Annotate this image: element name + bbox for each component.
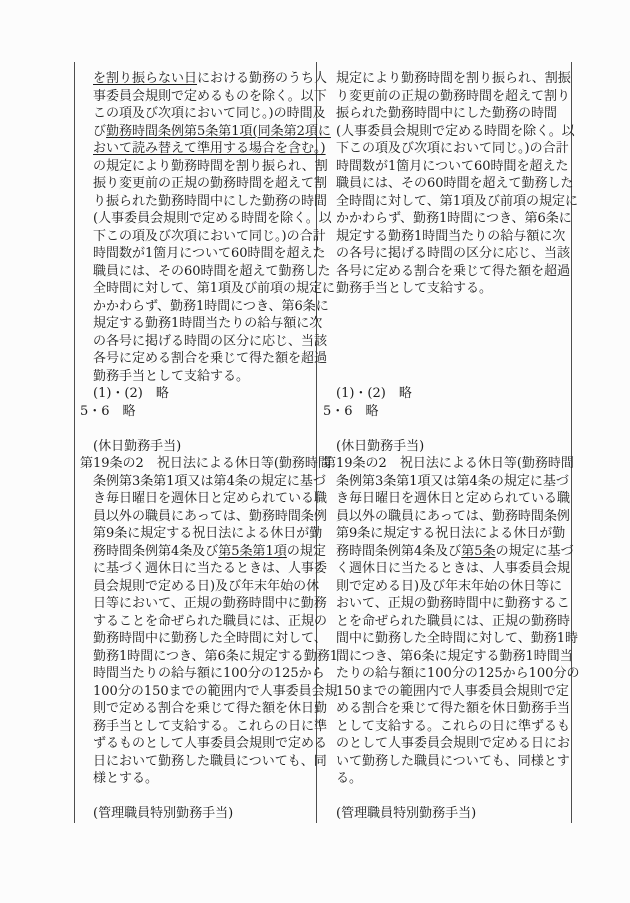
amended-line-15: 規定する勤務1時間当たりの給与額に次 [80,315,315,333]
body-text: の各号に掲げる時間の区分に応じ、当該 [93,334,327,349]
body-text: の各号に掲げる時間の区分に応じ、当該 [336,246,570,261]
body-text: たりの給与額に100分の125から100分の [336,666,579,681]
amended-line-19: (1)・(2) 略 [80,385,315,403]
body-text: 全時間に対して、第1項及び前項の規定に [336,194,578,209]
current-line-37: める割合を乗じて得た額を休日勤務手当 [323,700,568,718]
current-line-41: る。 [323,770,568,788]
body-text: める割合を乗じて得た額を休日勤務手当 [336,701,570,716]
body-text: 振り変更前の正規の勤務時間を超えて割 [93,176,327,191]
body-text: 務時間条例第4条及び [336,544,461,559]
amended-line-43: (管理職員特別勤務手当) [80,805,315,823]
body-text: 時間数が1箇月について60時間を超えた [93,246,326,261]
body-text: 職員には、その60時間を超えて勤務した [336,176,574,191]
current-line-14 [323,298,568,316]
body-text: 時間数が1箇月について60時間を超えた [336,159,569,174]
current-line-15 [323,315,568,333]
amended-line-21 [80,420,315,438]
current-line-36: 150までの範囲内で人事委員会規則で定 [323,683,568,701]
current-line-13: 勤務手当として支給する。 [323,280,568,298]
current-line-38: として支給する。これらの日に準ずるも [323,718,568,736]
body-text: 員以外の職員にあっては、勤務時間条例 [93,509,327,524]
underlined-revision-text: を割り振らない日 [93,71,197,86]
amended-line-35: 時間当たりの給与額に100分の125から [80,665,315,683]
body-text: (休日勤務手当) [336,439,424,454]
amended-line-23: 第19条の2 祝日法による休日等(勤務時間 [80,455,315,473]
body-text: ずるものとして人事委員会規則で定める [93,736,327,751]
table-rule-left [74,62,75,823]
amended-line-34: 勤務1時間につき、第6条に規定する勤務1 [80,648,315,666]
amended-line-3: この項及び次項において同じ。)の時間及 [80,105,315,123]
amended-line-33: 勤務時間中に勤務した全時間に対して、 [80,630,315,648]
body-text: 規定により勤務時間を割り振られ、割振 [336,71,571,86]
current-line-7: 職員には、その60時間を超えて勤務した [323,175,568,193]
amended-line-25: き毎日曜日を週休日と定められている職 [80,490,315,508]
body-text: (1)・(2) 略 [336,386,412,401]
current-line-25: き毎日曜日を週休日と定められている職 [323,490,568,508]
current-text-column: 規定により勤務時間を割り振られ、割振り変更前の正規の勤務時間を超えて割り振られた… [323,70,568,823]
body-text: き毎日曜日を週休日と定められている職 [93,491,327,506]
amended-line-36: 100分の150までの範囲内で人事委員会規 [80,683,315,701]
body-text: この項及び次項において同じ。)の時間及 [93,106,326,121]
amended-line-28: 務時間条例第4条及び第5条第1項の規定 [80,543,315,561]
body-text: かかわらず、勤務1時間につき、第6条に [93,299,329,314]
body-text: 勤務時間中に勤務した全時間に対して、 [93,631,327,646]
body-text: 員以外の職員にあっては、勤務時間条例 [336,509,570,524]
body-text: の規定により勤務時間を割り振られ、割 [93,159,328,174]
amended-line-41: 様とする。 [80,770,315,788]
current-line-43: (管理職員特別勤務手当) [323,805,568,823]
body-text: することを命ぜられた職員には、正規の [93,614,327,629]
body-text: とを命ぜられた職員には、正規の勤務時 [336,614,570,629]
body-text: 様とする。 [93,771,158,786]
current-line-39: のとして人事委員会規則で定める日にお [323,735,568,753]
current-line-1: 規定により勤務時間を割り振られ、割振 [323,70,568,88]
amended-line-29: に基づく週休日に当たるときは、人事委 [80,560,315,578]
amended-line-6: の規定により勤務時間を割り振られ、割 [80,158,315,176]
current-line-35: たりの給与額に100分の125から100分の [323,665,568,683]
amended-line-30: 員会規則で定める日)及び年末年始の休 [80,578,315,596]
current-line-30: 則で定める日)及び年末年始の休日等に [323,578,568,596]
current-line-22: (休日勤務手当) [323,438,568,456]
body-text: いて勤務した職員についても、同様とす [336,754,570,769]
body-text: (人事委員会規則で定める時間を除く。以 [93,211,332,226]
body-text: 5・6 略 [80,404,136,419]
body-text: 振られた勤務時間中にした勤務の時間 [336,106,557,121]
current-line-10: 規定する勤務1時間当たりの給与額に次 [323,228,568,246]
body-text: 下この項及び次項において同じ。)の合計 [93,229,326,244]
amended-line-42 [80,788,315,806]
current-line-2: り変更前の正規の勤務時間を超えて割り [323,88,568,106]
body-text: 下この項及び次項において同じ。)の合計 [336,141,569,156]
body-text: き毎日曜日を週休日と定められている職 [336,491,570,506]
body-text: 日において勤務した職員についても、同 [93,754,327,769]
amended-line-9: (人事委員会規則で定める時間を除く。以 [80,210,315,228]
body-text: 全時間に対して、第1項及び前項の規定に [93,281,335,296]
body-text: 則で定める日)及び年末年始の休日等に [336,579,562,594]
body-text: 各号に定める割合を乗じて得た額を超過 [336,264,570,279]
amended-line-1: を割り振らない日における勤務のうち人 [80,70,315,88]
amended-line-16: の各号に掲げる時間の区分に応じ、当該 [80,333,315,351]
current-line-3: 振られた勤務時間中にした勤務の時間 [323,105,568,123]
amended-line-31: 日等において、正規の勤務時間中に勤務 [80,595,315,613]
amended-line-20: 5・6 略 [80,403,315,421]
body-text: 第9条に規定する祝日法による休日が勤 [93,526,322,541]
underlined-revision-text: 第5条 [461,544,495,559]
body-text: 条例第3条第1項又は第4条の規定に基づ [93,474,326,489]
body-text: 則で定める割合を乗じて得た額を休日勤 [93,701,327,716]
current-line-27: 第9条に規定する祝日法による休日が勤 [323,525,568,543]
amended-line-4: び勤務時間条例第5条第1項(同条第2項に [80,123,315,141]
body-text: における勤務のうち人 [197,71,327,86]
current-line-18 [323,368,568,386]
body-text: 務時間条例第4条及び [93,544,218,559]
body-text: 勤務手当として支給する。 [336,281,492,296]
current-line-26: 員以外の職員にあっては、勤務時間条例 [323,508,568,526]
underlined-revision-text: 第5条第1項 [218,544,287,559]
body-text: 務手当として支給する。これらの日に準 [93,719,327,734]
body-text: 規定する勤務1時間当たりの給与額に次 [93,316,322,331]
body-text: おいて、正規の勤務時間中に勤務するこ [336,596,570,611]
body-text: 勤務1時間につき、第6条に規定する勤務1 [93,649,338,664]
amended-line-24: 条例第3条第1項又は第4条の規定に基づ [80,473,315,491]
body-text: 第19条の2 祝日法による休日等(勤務時間 [323,456,574,471]
body-text: 第19条の2 祝日法による休日等(勤務時間 [80,456,331,471]
current-line-28: 務時間条例第4条及び第5条の規定に基づ [323,543,568,561]
current-line-11: の各号に掲げる時間の区分に応じ、当該 [323,245,568,263]
body-text: 第9条に規定する祝日法による休日が勤 [336,526,565,541]
current-line-16 [323,333,568,351]
current-line-32: とを命ぜられた職員には、正規の勤務時 [323,613,568,631]
body-text: かかわらず、勤務1時間につき、第6条に [336,211,572,226]
body-text: 事委員会規則で定めるものを除く。以下 [93,89,327,104]
amended-line-38: 務手当として支給する。これらの日に準 [80,718,315,736]
body-text: のとして人事委員会規則で定める日にお [336,736,570,751]
amended-line-8: り振られた勤務時間中にした勤務の時間 [80,193,315,211]
amended-line-40: 日において勤務した職員についても、同 [80,753,315,771]
amended-line-18: 勤務手当として支給する。 [80,368,315,386]
body-text: 勤務手当として支給する。 [93,369,249,384]
body-text: (休日勤務手当) [93,439,181,454]
amended-line-7: 振り変更前の正規の勤務時間を超えて割 [80,175,315,193]
amended-line-32: することを命ぜられた職員には、正規の [80,613,315,631]
current-line-12: 各号に定める割合を乗じて得た額を超過 [323,263,568,281]
body-text: 員会規則で定める日)及び年末年始の休 [93,579,319,594]
body-text: 職員には、その60時間を超えて勤務した [93,264,331,279]
underlined-revision-text: 勤務時間条例第5条第1項(同条第2項に [106,124,331,139]
body-text: 100分の150までの範囲内で人事委員会規 [93,684,338,699]
current-line-33: 間中に勤務した全時間に対して、勤務1時 [323,630,568,648]
current-line-40: いて勤務した職員についても、同様とす [323,753,568,771]
body-text: 規定する勤務1時間当たりの給与額に次 [336,229,565,244]
underlined-revision-text: おいて読み替えて準用する場合を含む。) [93,141,326,156]
amended-line-5: おいて読み替えて準用する場合を含む。) [80,140,315,158]
current-line-29: く週休日に当たるときは、人事委員会規 [323,560,568,578]
current-line-6: 時間数が1箇月について60時間を超えた [323,158,568,176]
amended-line-26: 員以外の職員にあっては、勤務時間条例 [80,508,315,526]
current-line-8: 全時間に対して、第1項及び前項の規定に [323,193,568,211]
body-text: 間につき、第6条に規定する勤務1時間当 [336,649,573,664]
body-text: に基づく週休日に当たるときは、人事委 [93,561,327,576]
body-text: 条例第3条第1項又は第4条の規定に基づ [336,474,569,489]
current-line-21 [323,420,568,438]
body-text: く週休日に当たるときは、人事委員会規 [336,561,570,576]
document-page: を割り振らない日における勤務のうち人事委員会規則で定めるものを除く。以下この項及… [0,0,630,903]
current-line-34: 間につき、第6条に規定する勤務1時間当 [323,648,568,666]
amended-line-39: ずるものとして人事委員会規則で定める [80,735,315,753]
amended-line-37: 則で定める割合を乗じて得た額を休日勤 [80,700,315,718]
amended-line-2: 事委員会規則で定めるものを除く。以下 [80,88,315,106]
body-text: として支給する。これらの日に準ずるも [336,719,570,734]
body-text: 時間当たりの給与額に100分の125から [93,666,325,681]
body-text: 150までの範囲内で人事委員会規則で定 [336,684,569,699]
body-text: り振られた勤務時間中にした勤務の時間 [93,194,327,209]
current-line-24: 条例第3条第1項又は第4条の規定に基づ [323,473,568,491]
current-line-4: (人事委員会規則で定める時間を除く。以 [323,123,568,141]
amended-line-17: 各号に定める割合を乗じて得た額を超過 [80,350,315,368]
current-line-31: おいて、正規の勤務時間中に勤務するこ [323,595,568,613]
amended-line-11: 時間数が1箇月について60時間を超えた [80,245,315,263]
amended-line-13: 全時間に対して、第1項及び前項の規定に [80,280,315,298]
body-text: 5・6 略 [323,404,379,419]
body-text: 間中に勤務した全時間に対して、勤務1時 [336,631,578,646]
amended-line-22: (休日勤務手当) [80,438,315,456]
amended-line-14: かかわらず、勤務1時間につき、第6条に [80,298,315,316]
current-line-23: 第19条の2 祝日法による休日等(勤務時間 [323,455,568,473]
amended-line-12: 職員には、その60時間を超えて勤務した [80,263,315,281]
body-text: る。 [336,771,362,786]
body-text: (管理職員特別勤務手当) [336,806,476,821]
body-text: の規定に基づ [496,544,574,559]
current-line-20: 5・6 略 [323,403,568,421]
body-text: 各号に定める割合を乗じて得た額を超過 [93,351,327,366]
current-line-42 [323,788,568,806]
current-line-9: かかわらず、勤務1時間につき、第6条に [323,210,568,228]
amended-line-27: 第9条に規定する祝日法による休日が勤 [80,525,315,543]
amended-line-10: 下この項及び次項において同じ。)の合計 [80,228,315,246]
body-text: び [93,124,106,139]
body-text: の規定 [287,544,326,559]
body-text: (人事委員会規則で定める時間を除く。以 [336,124,575,139]
current-line-17 [323,350,568,368]
body-text: り変更前の正規の勤務時間を超えて割り [336,89,570,104]
body-text: 日等において、正規の勤務時間中に勤務 [93,596,327,611]
amended-text-column: を割り振らない日における勤務のうち人事委員会規則で定めるものを除く。以下この項及… [80,70,315,823]
body-text: (1)・(2) 略 [93,386,169,401]
current-line-5: 下この項及び次項において同じ。)の合計 [323,140,568,158]
current-line-19: (1)・(2) 略 [323,385,568,403]
body-text: (管理職員特別勤務手当) [93,806,233,821]
